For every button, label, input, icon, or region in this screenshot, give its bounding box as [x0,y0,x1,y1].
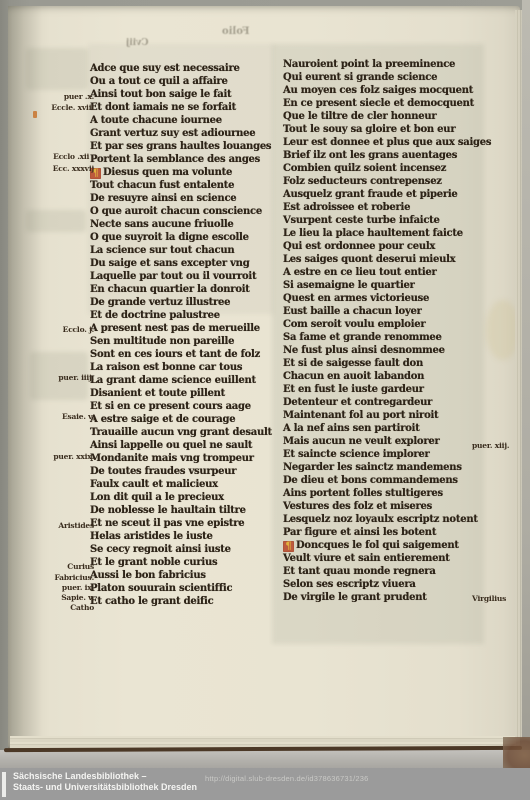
margin-note: Fabricius. [54,573,94,582]
verse-line: Trauaille aucun vng grant desault [90,426,280,439]
verse-line: Et saincte science implorer [283,448,483,461]
verse-line: Est adroissee et roberie [283,201,483,214]
verse-line: Grant vertuz suy est adiournee [90,127,280,140]
verse-line: Et par ses grans haultes louanges [90,140,280,153]
verse-line: Portent la semblance des anges [90,153,280,166]
verse-line: De grande vertuz illustree [90,296,280,309]
rubric-mark [33,111,37,118]
verse-line: ¶Doncques le fol qui saigement [283,539,483,552]
library-name-line2: Staats- und Universitätsbibliothek Dresd… [13,782,197,793]
verse-line: De dieu et bons commandemens [283,474,483,487]
verse-line: Ne fust plus ainsi desnommee [283,344,483,357]
verse-line: Chacun en auoit labandon [283,370,483,383]
verse-line: Faulx cault et malicieux [90,478,280,491]
verse-line: Veult viure et sain entierement [283,552,483,565]
margin-note: puer .x. [64,92,94,101]
verse-line: Ou a tout ce quil a affaire [90,75,280,88]
verse-line: Negarder les sainctz mandemens [283,461,483,474]
verse-line: Necte sans aucune friuolle [90,218,280,231]
verse-line: Qui eurent si grande science [283,71,483,84]
verse-line: Et de doctrine palustree [90,309,280,322]
background-shelf [0,750,530,768]
margin-note: Virgilius [472,594,506,603]
verse-line: Eust baille a chacun loyer [283,305,483,318]
verse-line: Adce que suy est necessaire [90,62,280,75]
library-name-line1: Sächsische Landesbibliothek – [13,771,197,782]
verse-line: Sont en ces iours et tant de folz [90,348,280,361]
margin-note: Aristides [58,521,94,530]
verse-line: Aussi le bon fabricius [90,569,280,582]
text-column-left: Adce que suy est necessaireOu a tout ce … [90,62,280,608]
verse-line: La science sur tout chacun [90,244,280,257]
verse-line: Leur est donnee et plus que aux saiges [283,136,483,149]
verse-line: Le lieu la place haultement faicte [283,227,483,240]
verse-line: Et le grant noble curius [90,556,280,569]
verse-line: Vestures des folz et miseres [283,500,483,513]
verse-line: Helas aristides le iuste [90,530,280,543]
verse-line: En ce present siecle et democquent [283,97,483,110]
verse-line: Que le tiltre de cler honneur [283,110,483,123]
verse-line: Et si en ce present cours aage [90,400,280,413]
verse-line: Sen multitude non pareille [90,335,280,348]
verse-line: De toutes fraudes vsurpeur [90,465,280,478]
verse-line: Brief ilz ont les grans auentages [283,149,483,162]
margin-note: puer. ix. [62,583,94,592]
margin-note: Catho [70,603,94,612]
verse-line: La raison est bonne car tous [90,361,280,374]
verse-line: A estre saige et de courage [90,413,280,426]
verse-line: Et dont iamais ne se forfait [90,101,280,114]
verse-line: En chacun quartier la donroit [90,283,280,296]
margin-note: puer. xiij. [472,441,509,450]
verse-line: Mais aucun ne veult explorer [283,435,483,448]
verse-line: De resuyre ainsi en science [90,192,280,205]
verse-line: Detenteur et contregardeur [283,396,483,409]
verse-line: Et en fust le iuste gardeur [283,383,483,396]
verse-line: Ainsi tout bon saige le fait [90,88,280,101]
verse-line: A la nef ains sen partiroit [283,422,483,435]
verse-line: De noblesse le haultain tiltre [90,504,280,517]
verse-line: De virgile le grant prudent [283,591,483,604]
verse-line: Laquelle par tout ou il vourroit [90,270,280,283]
verse-line: Qui est ordonnee pour ceulx [283,240,483,253]
verse-line: Par figure et ainsi les botent [283,526,483,539]
attribution-bar: Sächsische Landesbibliothek – Staats- un… [0,768,530,800]
verse-line: Si asemaigne le quartier [283,279,483,292]
verse-line: Nauroient point la preeminence [283,58,483,71]
verse-line: A present nest pas de merueille [90,322,280,335]
bar-tick-mark [2,772,6,797]
verse-line: Ains portent folles stultigeres [283,487,483,500]
verse-line: O que suyroit la digne escolle [90,231,280,244]
margin-note: Esaie. v. [62,412,94,421]
verse-line: Maintenant fol au port niroit [283,409,483,422]
verse-line: La grant dame science euillent [90,374,280,387]
verse-line: Sa fame et grande renommee [283,331,483,344]
margin-note: Ecclo .xii . [53,152,94,161]
library-name: Sächsische Landesbibliothek – Staats- un… [13,771,197,793]
margin-note: Ecclo. j. [63,325,94,334]
margin-note: Sapie. v. [61,593,94,602]
verse-line: Ainsi lappelle ou quel ne sault [90,439,280,452]
verse-line: Platon souurain scientiffic [90,582,280,595]
verse-line: Lon dit quil a le precieux [90,491,280,504]
leather-cover-corner [503,737,530,768]
verse-line: A toute chacune iournee [90,114,280,127]
margin-note: Ecc. xxxvij [53,164,94,173]
verse-line: Lesquelz noz loyaulx escriptz notent [283,513,483,526]
verse-line: Et catho le grant deific [90,595,280,608]
margin-note: puer. xxix. [53,452,94,461]
verse-line: Vsurpent ceste turbe infaicte [283,214,483,227]
verse-line: Se cecy regnoit ainsi iuste [90,543,280,556]
margin-note: Curius [67,562,94,571]
illuminated-initial: ¶ [283,541,294,552]
scan-viewport: Folio Cviij Adce que suy est necessaireO… [0,0,530,800]
margin-note: puer. iiij. [58,373,94,382]
right-backdrop [522,0,530,750]
verse-line: Folz seducteurs contrepensez [283,175,483,188]
verse-line: Du saige et sans excepter vng [90,257,280,270]
verse-line: Tout chacun fust entalente [90,179,280,192]
verse-line: Quest en armes victorieuse [283,292,483,305]
verse-line: Disanient et toute pillent [90,387,280,400]
verse-line: Selon ses escriptz viuera [283,578,483,591]
signature-showthrough-text: Cviij [126,38,149,48]
verse-line: Combien quilz soient incensez [283,162,483,175]
verse-line: Et ne sceut il pas vne epistre [90,517,280,530]
folio-showthrough-text: Folio [222,26,250,37]
source-url: http://digital.slub-dresden.de/id3786367… [205,774,369,783]
verse-line: ¶Diesus quen ma volunte [90,166,280,179]
verse-line: Tout le souy sa gloire et bon eur [283,123,483,136]
verse-line: Ausquelz grant fraude et piperie [283,188,483,201]
verse-line: Com seroit voulu emploier [283,318,483,331]
verse-line: Mondanite mais vng trompeur [90,452,280,465]
verse-line: O que auroit chacun conscience [90,205,280,218]
verse-line: A estre en ce lieu tout entier [283,266,483,279]
margin-note: Eccle. xviii [51,103,94,112]
verse-line: Au moyen ces folz saiges mocquent [283,84,483,97]
verse-line: Les saiges quont deserui mieulx [283,253,483,266]
text-column-right: Nauroient point la preeminenceQui eurent… [283,58,483,604]
verse-line: Et tant quau monde regnera [283,565,483,578]
verse-line: Et si de saigesse fault don [283,357,483,370]
